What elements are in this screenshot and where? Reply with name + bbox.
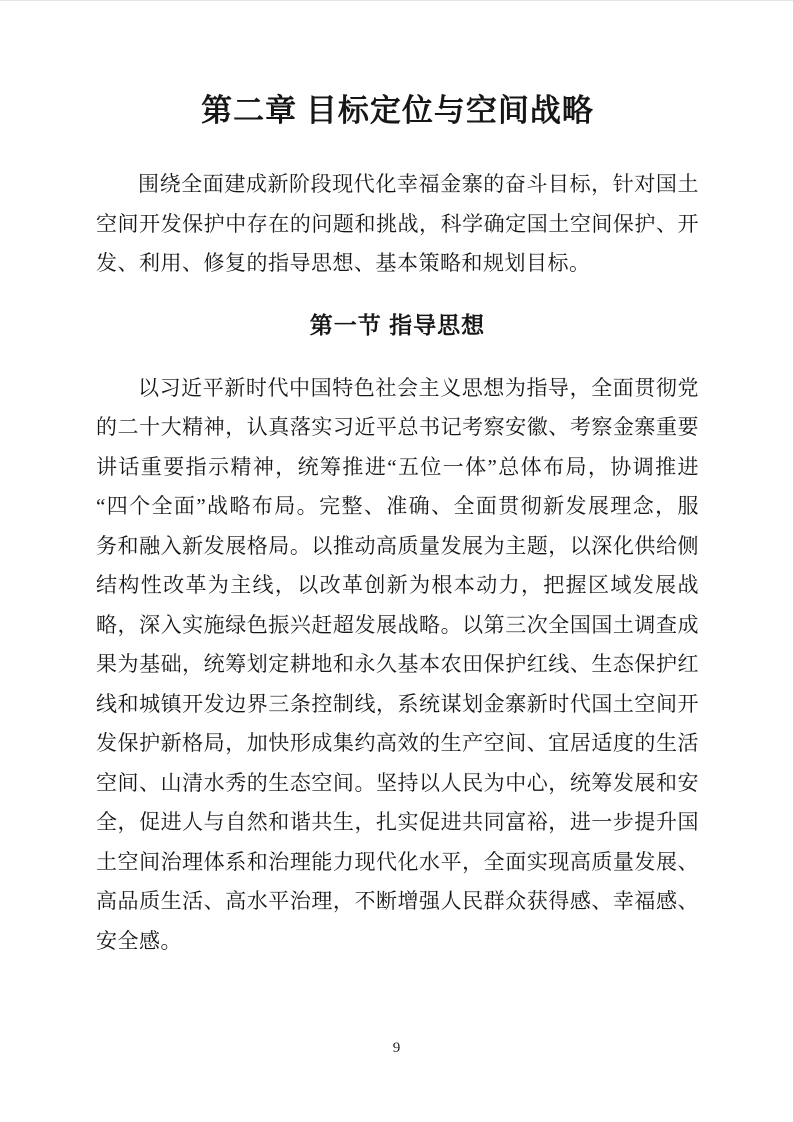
text-line: 发保护新格局，加快形成集约高效的生产空间、宜居适度的生活 xyxy=(96,724,699,764)
text-line: 讲话重要指示精神，统筹推进“五位一体”总体布局，协调推进 xyxy=(96,448,699,488)
intro-paragraph: 围绕全面建成新阶段现代化幸福金寨的奋斗目标，针对国土空间开发保护中存在的问题和挑… xyxy=(96,165,699,284)
text-line: 高品质生活、高水平治理，不断增强人民群众获得感、幸福感、 xyxy=(96,882,699,922)
text-line: “四个全面”战略布局。完整、准确、全面贯彻新发展理念，服 xyxy=(96,487,699,527)
text-line: 全，促进人与自然和谐共生，扎实促进共同富裕，进一步提升国 xyxy=(96,803,699,843)
text-line: 发、利用、修复的指导思想、基本策略和规划目标。 xyxy=(96,244,699,284)
text-line: 结构性改革为主线，以改革创新为根本动力，把握区域发展战 xyxy=(96,566,699,606)
text-line: 以习近平新时代中国特色社会主义思想为指导，全面贯彻党 xyxy=(96,369,699,409)
text-line: 安全感。 xyxy=(96,922,699,962)
text-line: 的二十大精神，认真落实习近平总书记考察安徽、考察金寨重要 xyxy=(96,408,699,448)
section-heading: 第一节 指导思想 xyxy=(96,309,699,342)
text-line: 线和城镇开发边界三条控制线，系统谋划金寨新时代国土空间开 xyxy=(96,685,699,725)
chapter-title: 第二章 目标定位与空间战略 xyxy=(96,89,699,133)
text-line: 果为基础，统筹划定耕地和永久基本农田保护红线、生态保护红 xyxy=(96,645,699,685)
text-line: 土空间治理体系和治理能力现代化水平，全面实现高质量发展、 xyxy=(96,843,699,883)
text-line: 围绕全面建成新阶段现代化幸福金寨的奋斗目标，针对国土 xyxy=(96,165,699,205)
text-line: 略，深入实施绿色振兴赶超发展战略。以第三次全国国土调查成 xyxy=(96,606,699,646)
page-number: 9 xyxy=(0,1039,793,1057)
text-line: 务和融入新发展格局。以推动高质量发展为主题，以深化供给侧 xyxy=(96,527,699,567)
document-page: 第二章 目标定位与空间战略 围绕全面建成新阶段现代化幸福金寨的奋斗目标，针对国土… xyxy=(0,0,793,1122)
text-line: 空间开发保护中存在的问题和挑战，科学确定国土空间保护、开 xyxy=(96,205,699,245)
text-line: 空间、山清水秀的生态空间。坚持以人民为中心，统筹发展和安 xyxy=(96,764,699,804)
guiding-ideology-paragraph: 以习近平新时代中国特色社会主义思想为指导，全面贯彻党的二十大精神，认真落实习近平… xyxy=(96,369,699,962)
